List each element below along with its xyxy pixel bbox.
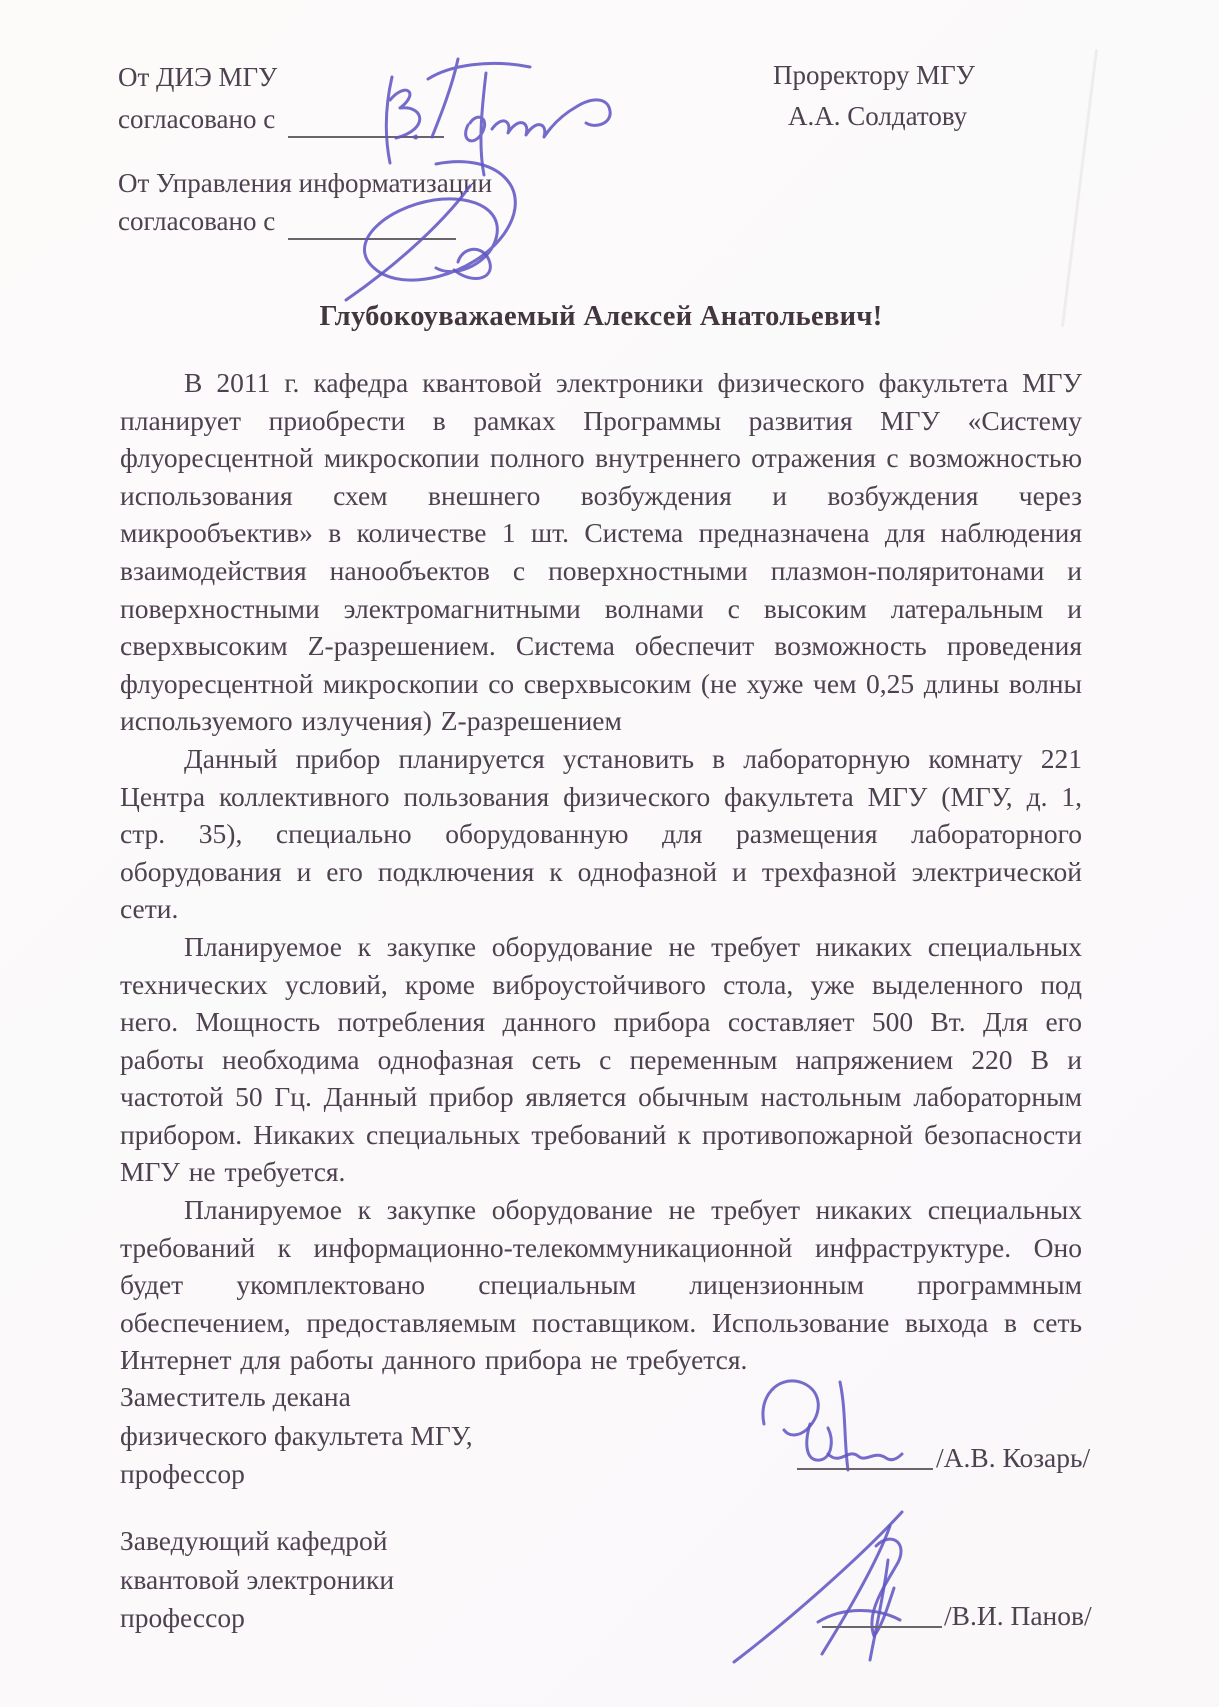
salutation: Глубокоуважаемый Алексей Анатольевич! (120, 301, 1082, 333)
signatory-1-role-line-1: Заместитель декана (120, 1378, 473, 1417)
paragraph-4: Планируемое к закупке оборудование не тр… (120, 1191, 1082, 1379)
addressee-title: Проректору МГУ (773, 60, 975, 90)
signatory-1-signature-line (797, 1468, 933, 1470)
signatory-2-role-line-2: квантовой электроники (120, 1561, 394, 1600)
paragraph-1: В 2011 г. кафедра квантовой электроники … (120, 364, 1082, 740)
signatory-2-role-line-1: Заведующий кафедрой (120, 1522, 394, 1561)
signatory-1-name: /А.В. Козарь/ (936, 1442, 1090, 1474)
signatory-1-signature-ink (750, 1366, 940, 1476)
signatory-2-name: /В.И. Панов/ (944, 1600, 1092, 1632)
paper-crease (1061, 49, 1098, 327)
scanned-letter-page: От ДИЭ МГУ согласовано с Проректору МГУ … (0, 0, 1219, 1707)
signatory-2-role-line-3: профессор (120, 1599, 394, 1638)
signatory-2-signature-line (822, 1626, 942, 1628)
paragraph-3: Планируемое к закупке оборудование не тр… (120, 928, 1082, 1191)
paragraph-2: Данный прибор планируется установить в л… (120, 740, 1082, 928)
addressee-name: А.А. Солдатову (788, 101, 967, 131)
signatory-2-signature-ink (726, 1502, 941, 1667)
approval-1-from: От ДИЭ МГУ (118, 62, 277, 92)
approval-2-agreed-label: согласовано с (118, 206, 275, 236)
letter-body: Глубокоуважаемый Алексей Анатольевич! В … (120, 301, 1082, 1379)
signatory-1-role-line-3: профессор (120, 1455, 473, 1494)
signatory-1-role: Заместитель декана физического факультет… (120, 1378, 473, 1494)
approval-2-signature-ink (318, 152, 558, 302)
approval-1-agreed-label: согласовано с (118, 104, 275, 134)
signatory-1-role-line-2: физического факультета МГУ, (120, 1417, 473, 1456)
signatory-2-role: Заведующий кафедрой квантовой электроник… (120, 1522, 394, 1638)
